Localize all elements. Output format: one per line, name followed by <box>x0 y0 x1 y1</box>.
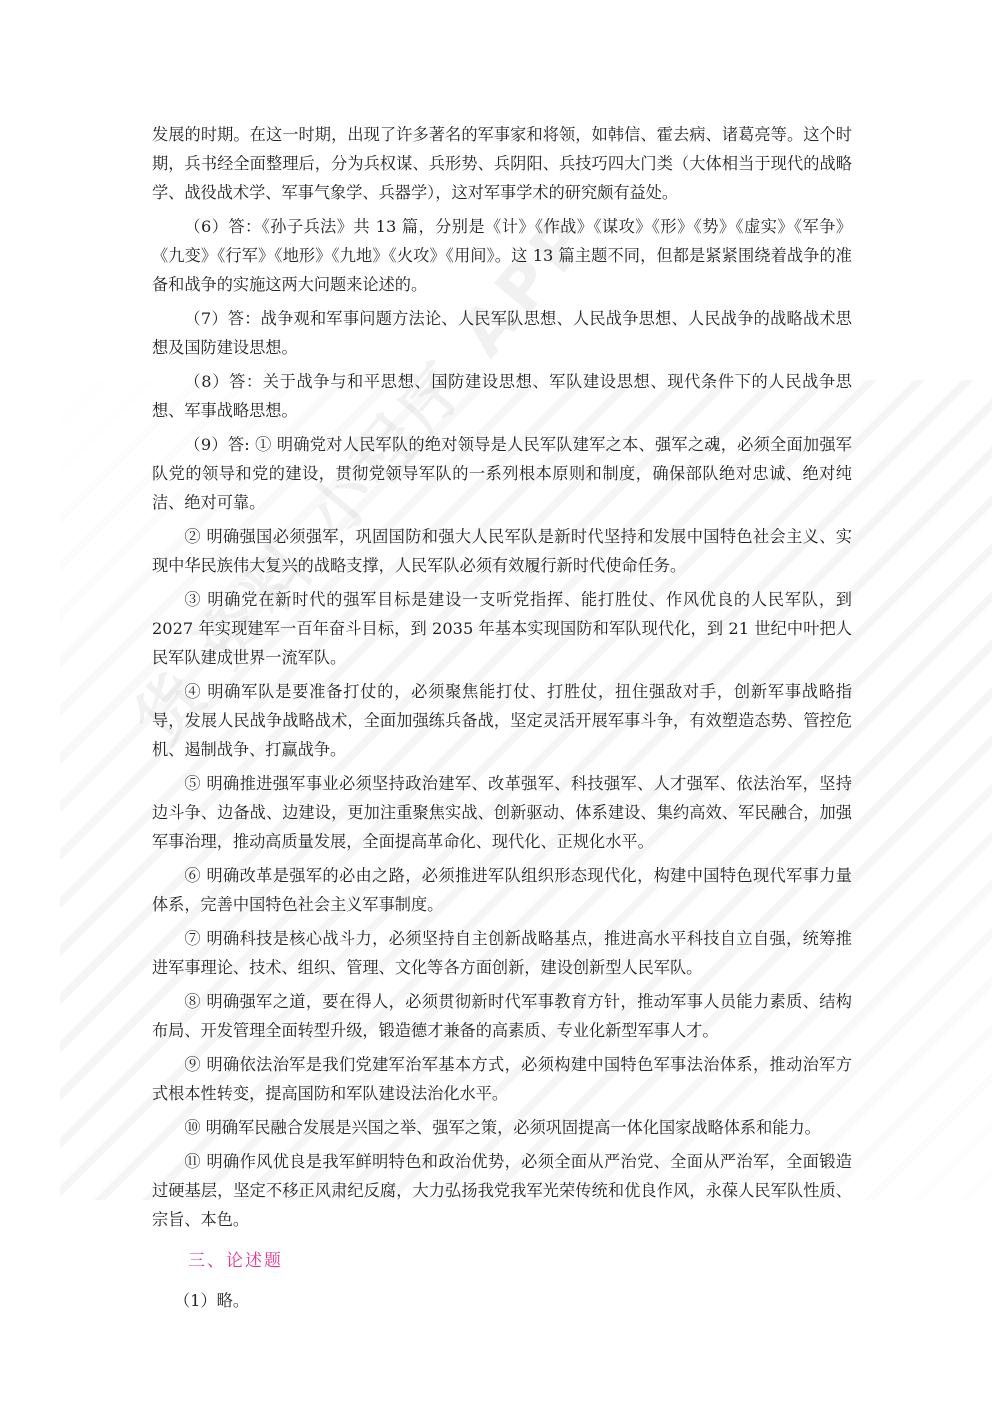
answer-content: 发展的时期。在这一时期，出现了许多著名的军事家和将领，如韩信、霍去病、诸葛亮等。… <box>152 120 852 1315</box>
document-page: 货 资料 小程序 APP 发展的时期。在这一时期，出现了许多著名的军事家和将领，… <box>0 0 992 1403</box>
answer-q9-point-8: ⑧ 明确强军之道，要在得人，必须贯彻新时代军事教育方针，推动军事人员能力素质、结… <box>152 987 852 1045</box>
answer-q9-point-11: ⑪ 明确作风优良是我军鲜明特色和政治优势，必须全面从严治党、全面从严治军，全面锻… <box>152 1147 852 1234</box>
answer-q9-point-4: ④ 明确军队是要准备打仗的，必须聚焦能打仗、打胜仗，扭住强敌对手，创新军事战略指… <box>152 677 852 764</box>
paragraph-intro-continuation: 发展的时期。在这一时期，出现了许多著名的军事家和将领，如韩信、霍去病、诸葛亮等。… <box>152 120 852 207</box>
answer-q9-point-9: ⑨ 明确依法治军是我们党建军治军基本方式，必须构建中国特色军事法治体系，推动治军… <box>152 1050 852 1108</box>
answer-q9-point-7: ⑦ 明确科技是核心战斗力，必须坚持自主创新战略基点，推进高水平科技自立自强，统筹… <box>152 924 852 982</box>
answer-q6: （6）答：《孙子兵法》共 13 篇，分别是《计》《作战》《谋攻》《形》《势》《虚… <box>152 212 852 299</box>
answer-q9-point-5: ⑤ 明确推进强军事业必须坚持政治建军、改革强军、科技强军、人才强军、依法治军，坚… <box>152 769 852 856</box>
answer-q9-point-6: ⑥ 明确改革是强军的必由之路，必须推进军队组织形态现代化，构建中国特色现代军事力… <box>152 861 852 919</box>
section-heading-essay-questions: 三、论述题 <box>188 1246 852 1276</box>
essay-answer-1: （1）略。 <box>174 1286 852 1315</box>
answer-q9-point-3: ③ 明确党在新时代的强军目标是建设一支听党指挥、能打胜仗、作风优良的人民军队，到… <box>152 585 852 672</box>
answer-q9-point-2: ② 明确强国必须强军，巩固国防和强大人民军队是新时代坚持和发展中国特色社会主义、… <box>152 522 852 580</box>
answer-q9-point-1: （9）答: ① 明确党对人民军队的绝对领导是人民军队建军之本、强军之魂，必须全面… <box>152 430 852 517</box>
answer-q8: （8）答：关于战争与和平思想、国防建设思想、军队建设思想、现代条件下的人民战争思… <box>152 367 852 425</box>
answer-q9-point-10: ⑩ 明确军民融合发展是兴国之举、强军之策，必须巩固提高一体化国家战略体系和能力。 <box>152 1113 852 1142</box>
answer-q7: （7）答：战争观和军事问题方法论、人民军队思想、人民战争思想、人民战争的战略战术… <box>152 304 852 362</box>
